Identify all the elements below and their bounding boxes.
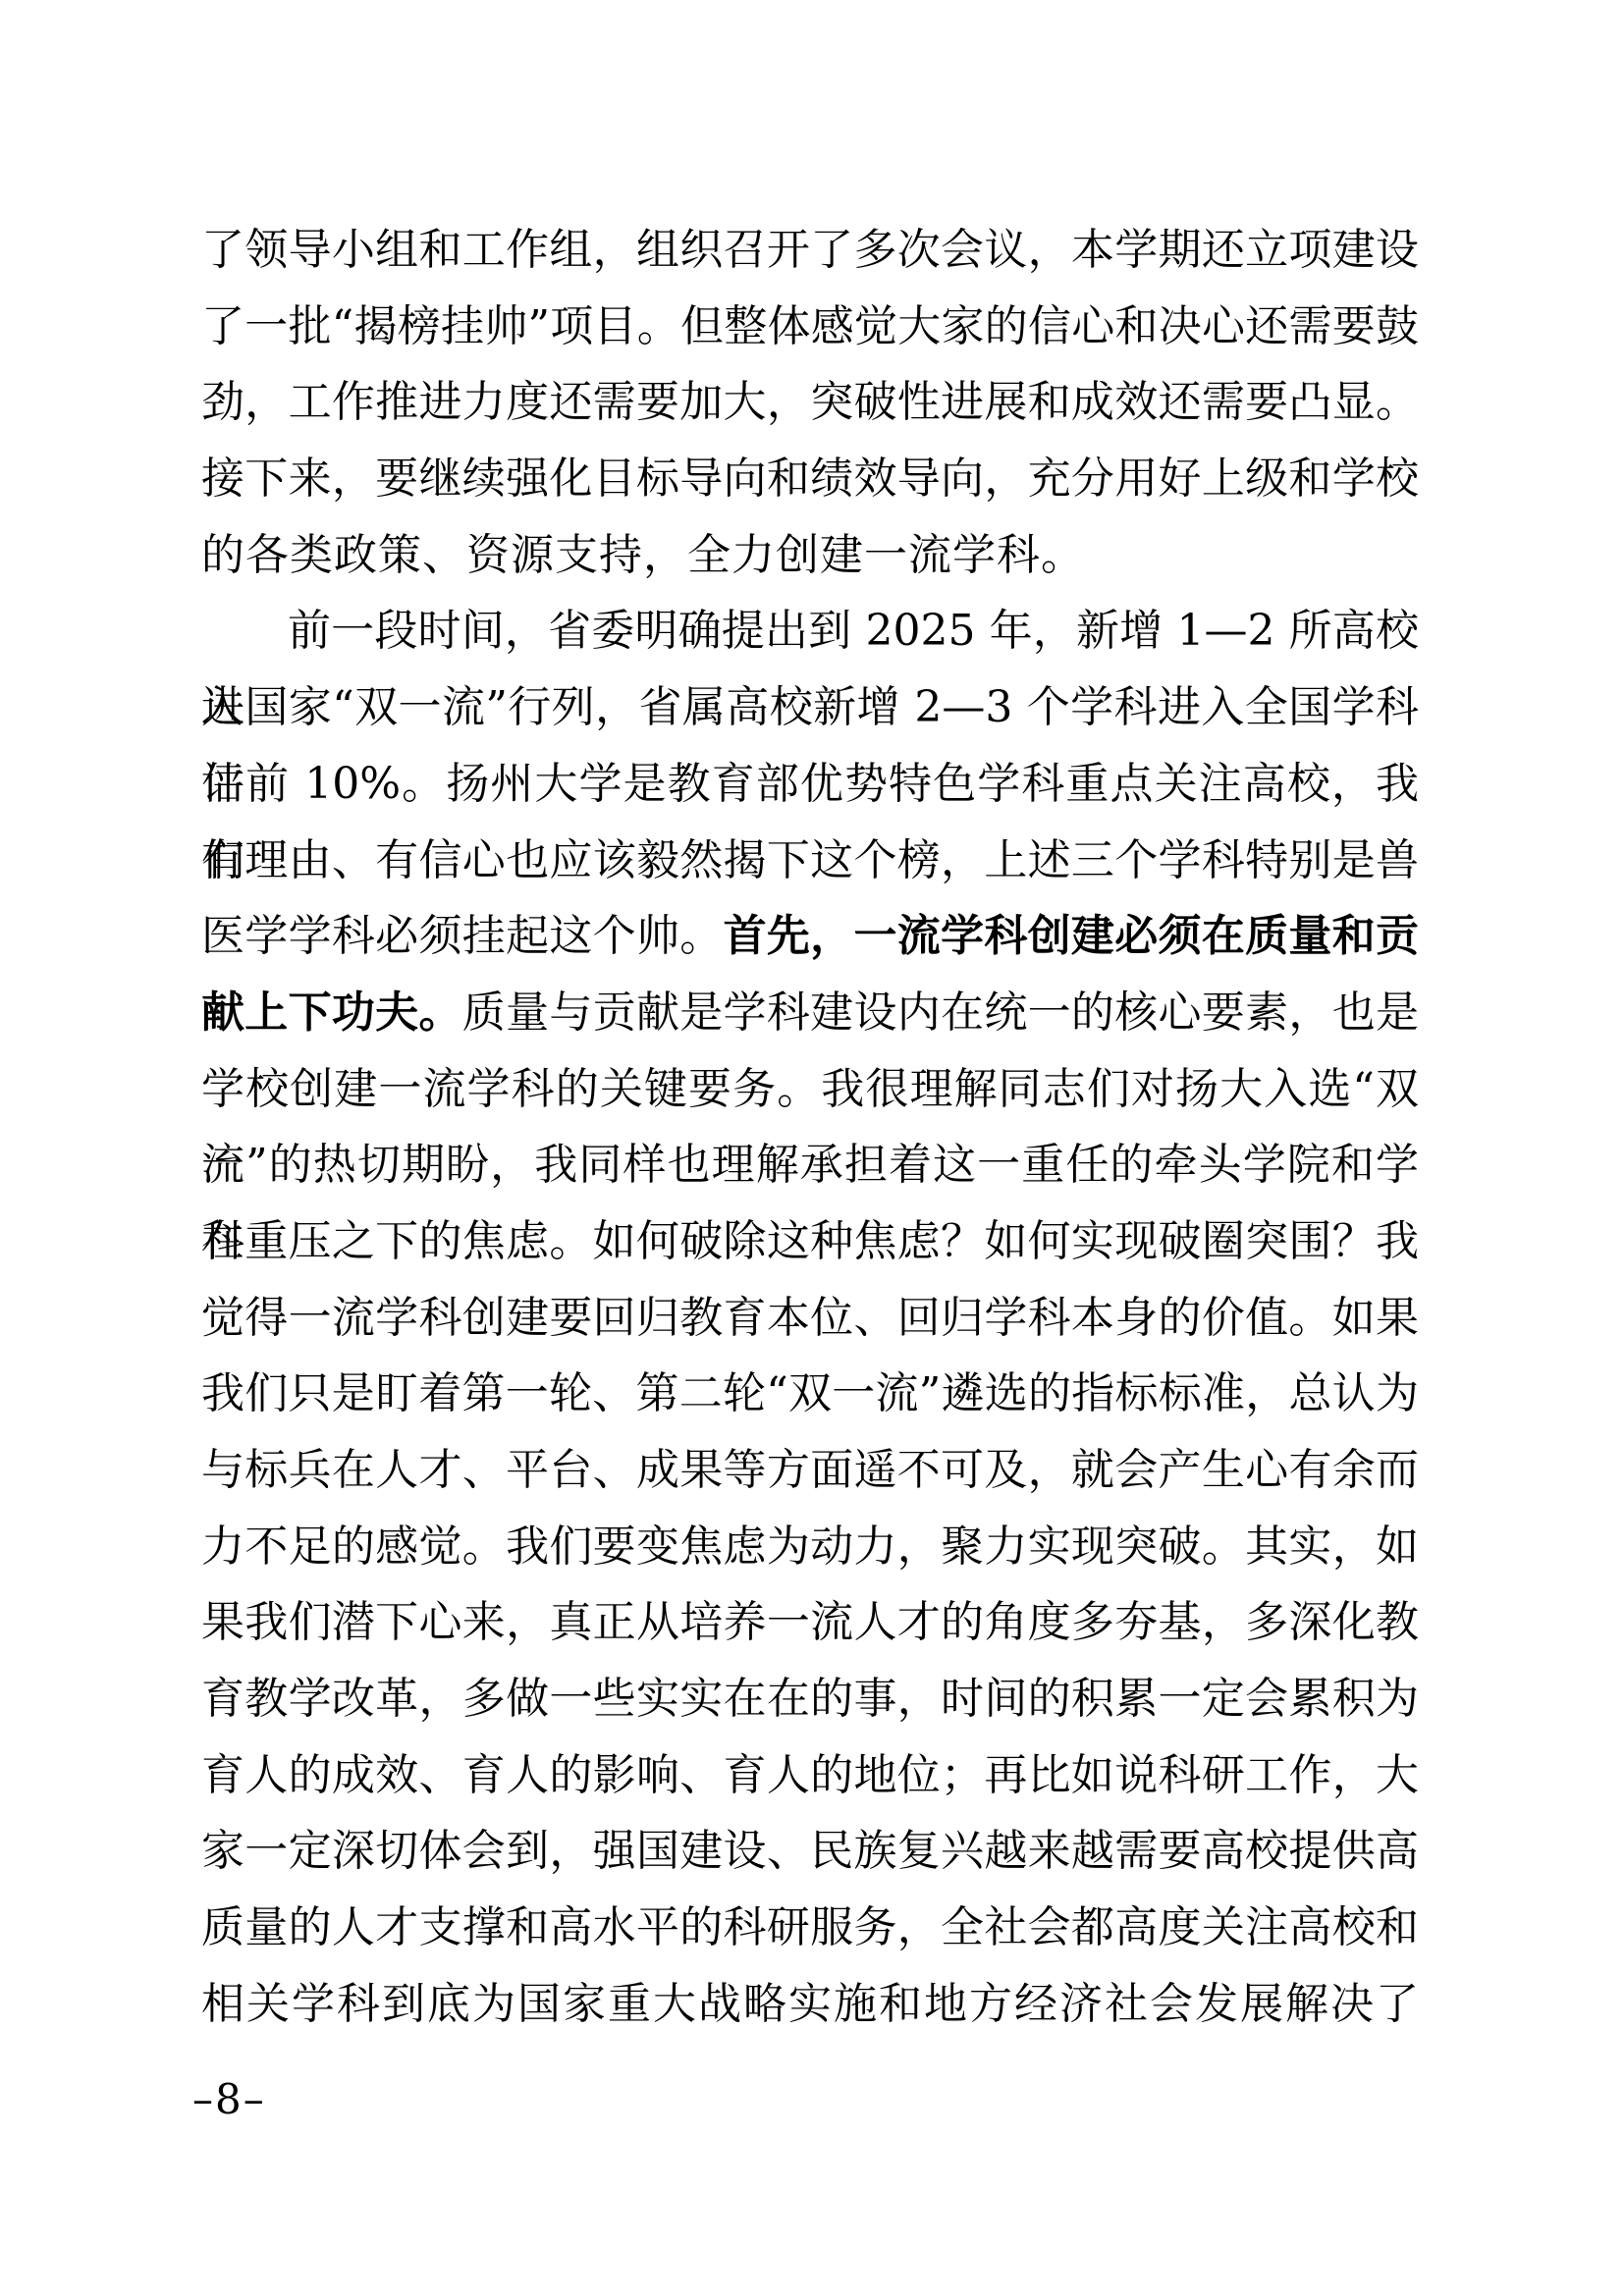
text-line: 有理由、有信心也应该毅然揭下这个榜，上述三个学科特别是兽 xyxy=(201,823,1419,899)
text-segment: 质量与贡献是学科建设内在统一的核心要素，也是 xyxy=(462,988,1419,1038)
text-line: 果我们潜下心来，真正从培养一流人才的角度多夯基，多深化教 xyxy=(201,1584,1419,1661)
text-segment: 医学学科必须挂起这个帅。 xyxy=(201,911,724,961)
text-line: 我们只是盯着第一轮、第二轮“双一流”遴选的指标标准，总认为 xyxy=(201,1356,1419,1432)
text-segment: 家一定深切体会到，强国建设、民族复兴越来越需要高校提供高 xyxy=(201,1826,1419,1876)
bold-text-segment: 献上下功夫。 xyxy=(201,988,462,1038)
text-line: 力不足的感觉。我们要变焦虑为动力，聚力实现突破。其实，如 xyxy=(201,1509,1419,1585)
text-line: 与标兵在人才、平台、成果等方面遥不可及，就会产生心有余而 xyxy=(201,1432,1419,1509)
text-segment: 质量的人才支撑和高水平的科研服务，全社会都高度关注高校和 xyxy=(201,1902,1419,1952)
text-segment: 的各类政策、资源支持，全力创建一流学科。 xyxy=(201,530,1085,580)
text-segment: 果我们潜下心来，真正从培养一流人才的角度多夯基，多深化教 xyxy=(201,1597,1419,1647)
text-line: 觉得一流学科创建要回归教育本位、回归学科本身的价值。如果 xyxy=(201,1280,1419,1357)
text-segment: 育人的成效、育人的影响、育人的地位；再比如说科研工作，大 xyxy=(201,1750,1419,1800)
text-segment: 了一批“揭榜挂帅”项目。但整体感觉大家的信心和决心还需要鼓 xyxy=(201,301,1419,351)
text-line: 育教学改革，多做一些实实在在的事，时间的积累一定会累积为 xyxy=(201,1661,1419,1737)
text-line: 献上下功夫。质量与贡献是学科建设内在统一的核心要素，也是 xyxy=(201,975,1419,1051)
text-line: 流”的热切期盼，我同样也理解承担着这一重任的牵头学院和学科 xyxy=(201,1127,1419,1203)
text-line: 家一定深切体会到，强国建设、民族复兴越来越需要高校提供高 xyxy=(201,1813,1419,1890)
text-segment: 觉得一流学科创建要回归教育本位、回归学科本身的价值。如果 xyxy=(201,1293,1419,1343)
text-line: 质量的人才支撑和高水平的科研服务，全社会都高度关注高校和 xyxy=(201,1890,1419,1966)
text-segment: 相关学科到底为国家重大战略实施和地方经济社会发展解决了 xyxy=(201,1979,1419,2029)
text-line: 医学学科必须挂起这个帅。首先，一流学科创建必须在质量和贡 xyxy=(201,898,1419,975)
text-line: 了一批“揭榜挂帅”项目。但整体感觉大家的信心和决心还需要鼓 xyxy=(201,289,1419,365)
text-line: 入国家“双一流”行列，省属高校新增 2—3 个学科进入全国学科评 xyxy=(201,669,1419,746)
page-number: –8– xyxy=(192,2077,266,2122)
text-line: 学校创建一流学科的关键要务。我很理解同志们对扬大入选“双一 xyxy=(201,1051,1419,1128)
text-segment: 与标兵在人才、平台、成果等方面遥不可及，就会产生心有余而 xyxy=(201,1445,1419,1495)
text-line: 劲，工作推进力度还需要加大，突破性进展和成效还需要凸显。 xyxy=(201,364,1419,441)
text-line: 前一段时间，省委明确提出到 2025 年，新增 1—2 所高校进 xyxy=(201,593,1419,669)
document-page: 了领导小组和工作组，组织召开了多次会议，本学期还立项建设了一批“揭榜挂帅”项目。… xyxy=(0,0,1624,2296)
text-segment: 力不足的感觉。我们要变焦虑为动力，聚力实现突破。其实，如 xyxy=(201,1522,1419,1572)
document-body: 了领导小组和工作组，组织召开了多次会议，本学期还立项建设了一批“揭榜挂帅”项目。… xyxy=(201,212,1419,2043)
text-line: 育人的成效、育人的影响、育人的地位；再比如说科研工作，大 xyxy=(201,1737,1419,1814)
text-segment: 我们只是盯着第一轮、第二轮“双一流”遴选的指标标准，总认为 xyxy=(201,1368,1419,1418)
text-segment: 有理由、有信心也应该毅然揭下这个榜，上述三个学科特别是兽 xyxy=(201,835,1419,885)
text-line: 的各类政策、资源支持，全力创建一流学科。 xyxy=(201,517,1419,594)
text-line: 了领导小组和工作组，组织召开了多次会议，本学期还立项建设 xyxy=(201,212,1419,289)
text-segment: 育教学改革，多做一些实实在在的事，时间的积累一定会累积为 xyxy=(201,1674,1419,1724)
text-line: 估前 10%。扬州大学是教育部优势特色学科重点关注高校，我们 xyxy=(201,746,1419,823)
text-segment: 在重压之下的焦虑。如何破除这种焦虑？如何实现破圈突围？我 xyxy=(201,1216,1419,1266)
text-line: 在重压之下的焦虑。如何破除这种焦虑？如何实现破圈突围？我 xyxy=(201,1203,1419,1280)
text-segment: 了领导小组和工作组，组织召开了多次会议，本学期还立项建设 xyxy=(201,225,1419,275)
bold-text-segment: 首先，一流学科创建必须在质量和贡 xyxy=(724,911,1419,961)
text-segment: 接下来，要继续强化目标导向和绩效导向，充分用好上级和学校 xyxy=(201,454,1419,504)
text-line: 相关学科到底为国家重大战略实施和地方经济社会发展解决了 xyxy=(201,1966,1419,2043)
text-segment: 劲，工作推进力度还需要加大，突破性进展和成效还需要凸显。 xyxy=(201,377,1419,427)
text-line: 接下来，要继续强化目标导向和绩效导向，充分用好上级和学校 xyxy=(201,441,1419,517)
